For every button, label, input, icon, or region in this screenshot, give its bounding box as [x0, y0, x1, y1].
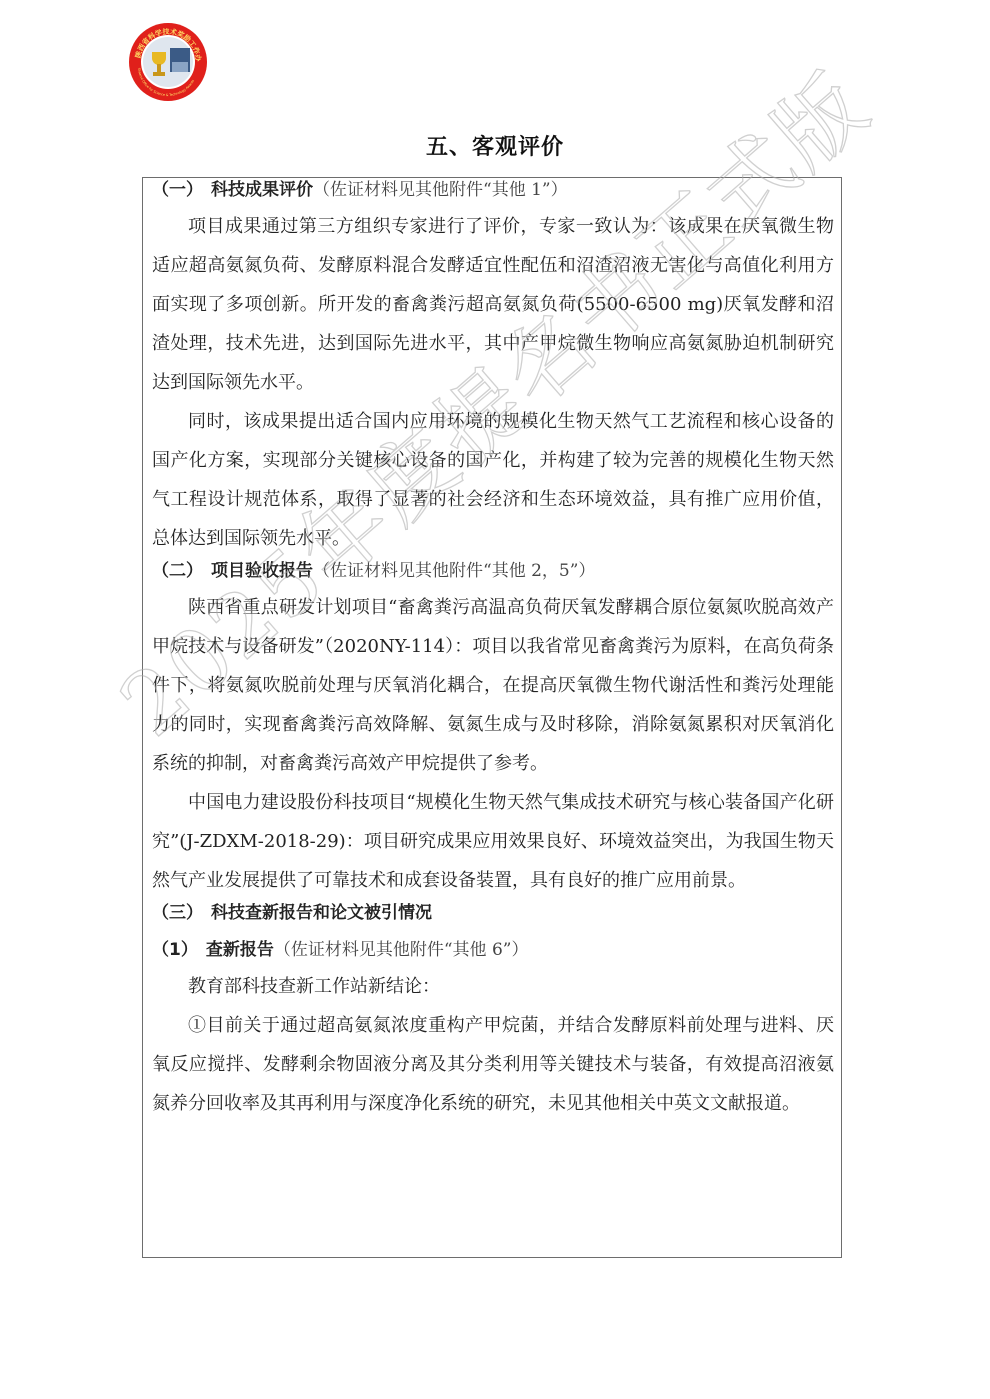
- evaluation-content: （一）科技成果评价（佐证材料见其他附件“其他 1”） 项目成果通过第三方组织专家…: [152, 177, 834, 1123]
- section-number: （三）: [152, 900, 203, 926]
- page-title: 五、客观评价: [0, 130, 990, 161]
- subsection-heading: （1）查新报告（佐证材料见其他附件“其他 6”）: [152, 937, 834, 963]
- paragraph: 同时，该成果提出适合国内应用环境的规模化生物天然气工艺流程和核心设备的国产化方案…: [152, 402, 834, 558]
- section-heading: （一）科技成果评价（佐证材料见其他附件“其他 1”）: [152, 177, 834, 203]
- subsection-number: （1）: [152, 937, 198, 963]
- section-number: （二）: [152, 558, 203, 584]
- section-evidence-note: （佐证材料见其他附件“其他 1”）: [313, 180, 568, 200]
- section-number: （一）: [152, 177, 203, 203]
- subsection-evidence-note: （佐证材料见其他附件“其他 6”）: [274, 940, 529, 960]
- subsection-novelty-search-report: （1）查新报告（佐证材料见其他附件“其他 6”） 教育部科技查新工作站新结论： …: [152, 937, 834, 1123]
- paragraph: 项目成果通过第三方组织专家进行了评价，专家一致认为：该成果在厌氧微生物适应超高氨…: [152, 207, 834, 402]
- paragraph: 陕西省重点研发计划项目“畜禽粪污高温高负荷厌氧发酵耦合原位氨氮吹脱高效产甲烷技术…: [152, 588, 834, 783]
- section-heading: （三）科技查新报告和论文被引情况: [152, 900, 834, 926]
- subsection-title: 查新报告: [206, 940, 274, 960]
- paragraph: ①目前关于通过超高氨氮浓度重构产甲烷菌，并结合发酵原料前处理与进料、厌氧反应搅拌…: [152, 1006, 834, 1123]
- paragraph: 教育部科技查新工作站新结论：: [152, 967, 834, 1006]
- award-office-seal-logo: 陕西省科学技术奖励工作办公室 Shaanxi Office for Scienc…: [128, 22, 208, 102]
- section-title: 项目验收报告: [211, 561, 313, 581]
- section-project-acceptance-report: （二）项目验收报告（佐证材料见其他附件“其他 2，5”） 陕西省重点研发计划项目…: [152, 558, 834, 900]
- section-title: 科技查新报告和论文被引情况: [211, 903, 432, 923]
- section-heading: （二）项目验收报告（佐证材料见其他附件“其他 2，5”）: [152, 558, 834, 584]
- section-novelty-search-and-citations: （三）科技查新报告和论文被引情况: [152, 900, 834, 926]
- paragraph: 中国电力建设股份科技项目“规模化生物天然气集成技术研究与核心装备国产化研究”(J…: [152, 783, 834, 900]
- section-title: 科技成果评价: [211, 180, 313, 200]
- seal-emblem-icon: 陕西省科学技术奖励工作办公室 Shaanxi Office for Scienc…: [128, 22, 208, 102]
- section-tech-achievement-evaluation: （一）科技成果评价（佐证材料见其他附件“其他 1”） 项目成果通过第三方组织专家…: [152, 177, 834, 558]
- section-evidence-note: （佐证材料见其他附件“其他 2，5”）: [313, 561, 595, 581]
